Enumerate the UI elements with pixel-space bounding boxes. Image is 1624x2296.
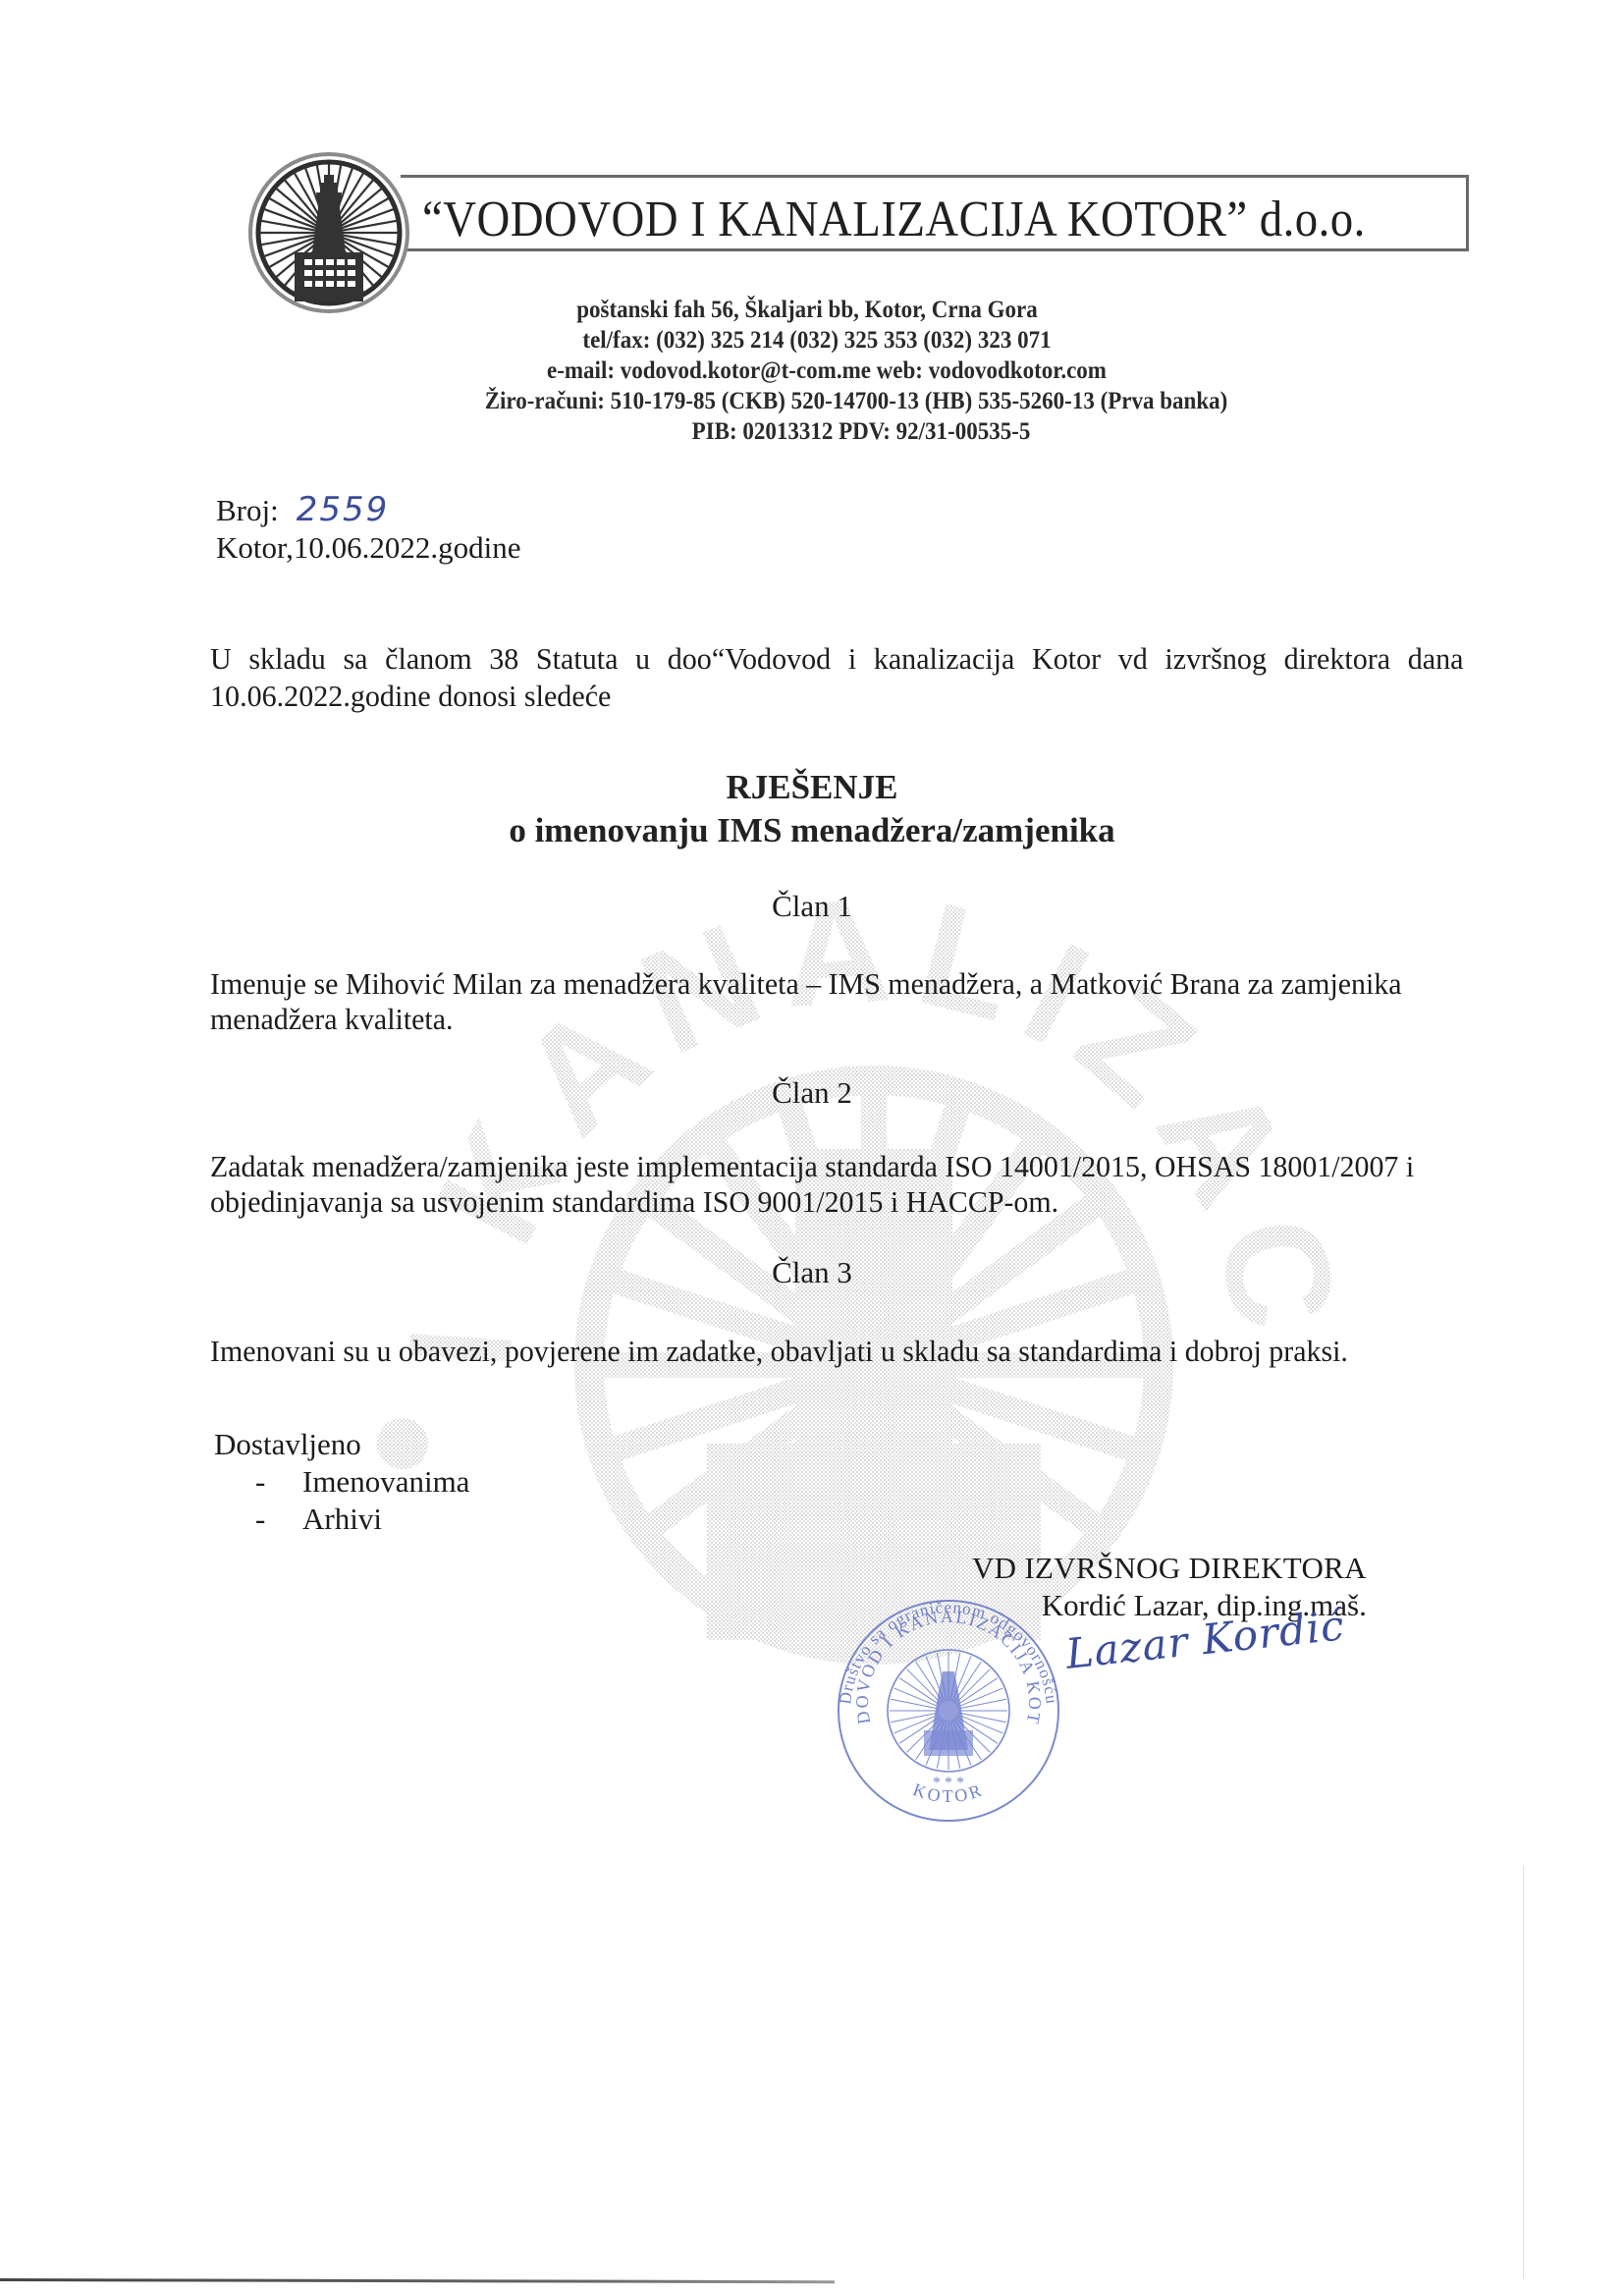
signatory-title: VD IZVRŠNOG DIREKTORA xyxy=(972,1550,1367,1587)
dash-bullet: - xyxy=(255,1501,265,1538)
recipient-item: -Arhivi xyxy=(214,1501,469,1538)
recipient-item: -Imenovanima xyxy=(214,1463,469,1501)
bank-accounts-line: Žiro-računi: 510-179-85 (CKB) 520-14700-… xyxy=(150,386,1563,416)
place-date: Kotor,10.06.2022.godine xyxy=(216,529,520,567)
article-3-text: Imenovani su u obavezi, povjerene im zad… xyxy=(210,1334,1457,1369)
reference-number-value: 2559 xyxy=(297,490,390,529)
recipient-name: Imenovanima xyxy=(302,1464,469,1499)
document-title: RJEŠENJE xyxy=(0,766,1624,809)
document-subtitle: o imenovanju IMS menadžera/zamjenika xyxy=(0,809,1624,852)
intro-paragraph: U skladu sa članom 38 Statuta u doo“Vodo… xyxy=(210,640,1464,715)
scan-edge-line xyxy=(1523,1866,1524,2278)
reference-block: Broj:2559 Kotor,10.06.2022.godine xyxy=(216,491,520,567)
tax-id-line: PIB: 02013312 PDV: 92/31-00535-5 xyxy=(159,416,1563,447)
delivered-label: Dostavljeno xyxy=(214,1426,469,1463)
recipient-list: -Imenovanima -Arhivi xyxy=(214,1463,469,1538)
address-line: poštanski fah 56, Škaljari bb, Kotor, Cr… xyxy=(56,295,1559,325)
decision-title: RJEŠENJE o imenovanju IMS menadžera/zamj… xyxy=(0,766,1624,852)
article-2-text: Zadatak menadžera/zamjenika jeste implem… xyxy=(210,1149,1457,1220)
water-tower-wheel-logo-icon xyxy=(245,149,412,316)
scan-edge-line xyxy=(0,2278,835,2283)
recipient-name: Arhivi xyxy=(302,1502,382,1536)
article-3-heading: Član 3 xyxy=(0,1255,1624,1290)
delivered-block: Dostavljeno -Imenovanima -Arhivi xyxy=(214,1426,469,1538)
reference-number-label: Broj: xyxy=(216,493,279,527)
email-web-line: e-mail: vodovod.kotor@t-com.me web: vodo… xyxy=(93,355,1560,386)
article-1-text: Imenuje se Mihović Milan za menadžera kv… xyxy=(210,966,1457,1037)
dash-bullet: - xyxy=(255,1463,265,1501)
phone-line: tel/fax: (032) 325 214 (032) 325 353 (03… xyxy=(75,325,1559,355)
company-contact-block: poštanski fah 56, Škaljari bb, Kotor, Cr… xyxy=(0,295,1624,447)
water-tower-stamp-icon: Društvo sa ograničenom odgovornošću VODO… xyxy=(831,1593,1066,1829)
reference-number: Broj:2559 xyxy=(216,491,520,529)
article-2-heading: Član 2 xyxy=(0,1075,1624,1111)
company-name: “VODOVOD I KANALIZACIJA KOTOR” d.o.o. xyxy=(422,191,1366,248)
article-1-heading: Član 1 xyxy=(0,889,1624,924)
